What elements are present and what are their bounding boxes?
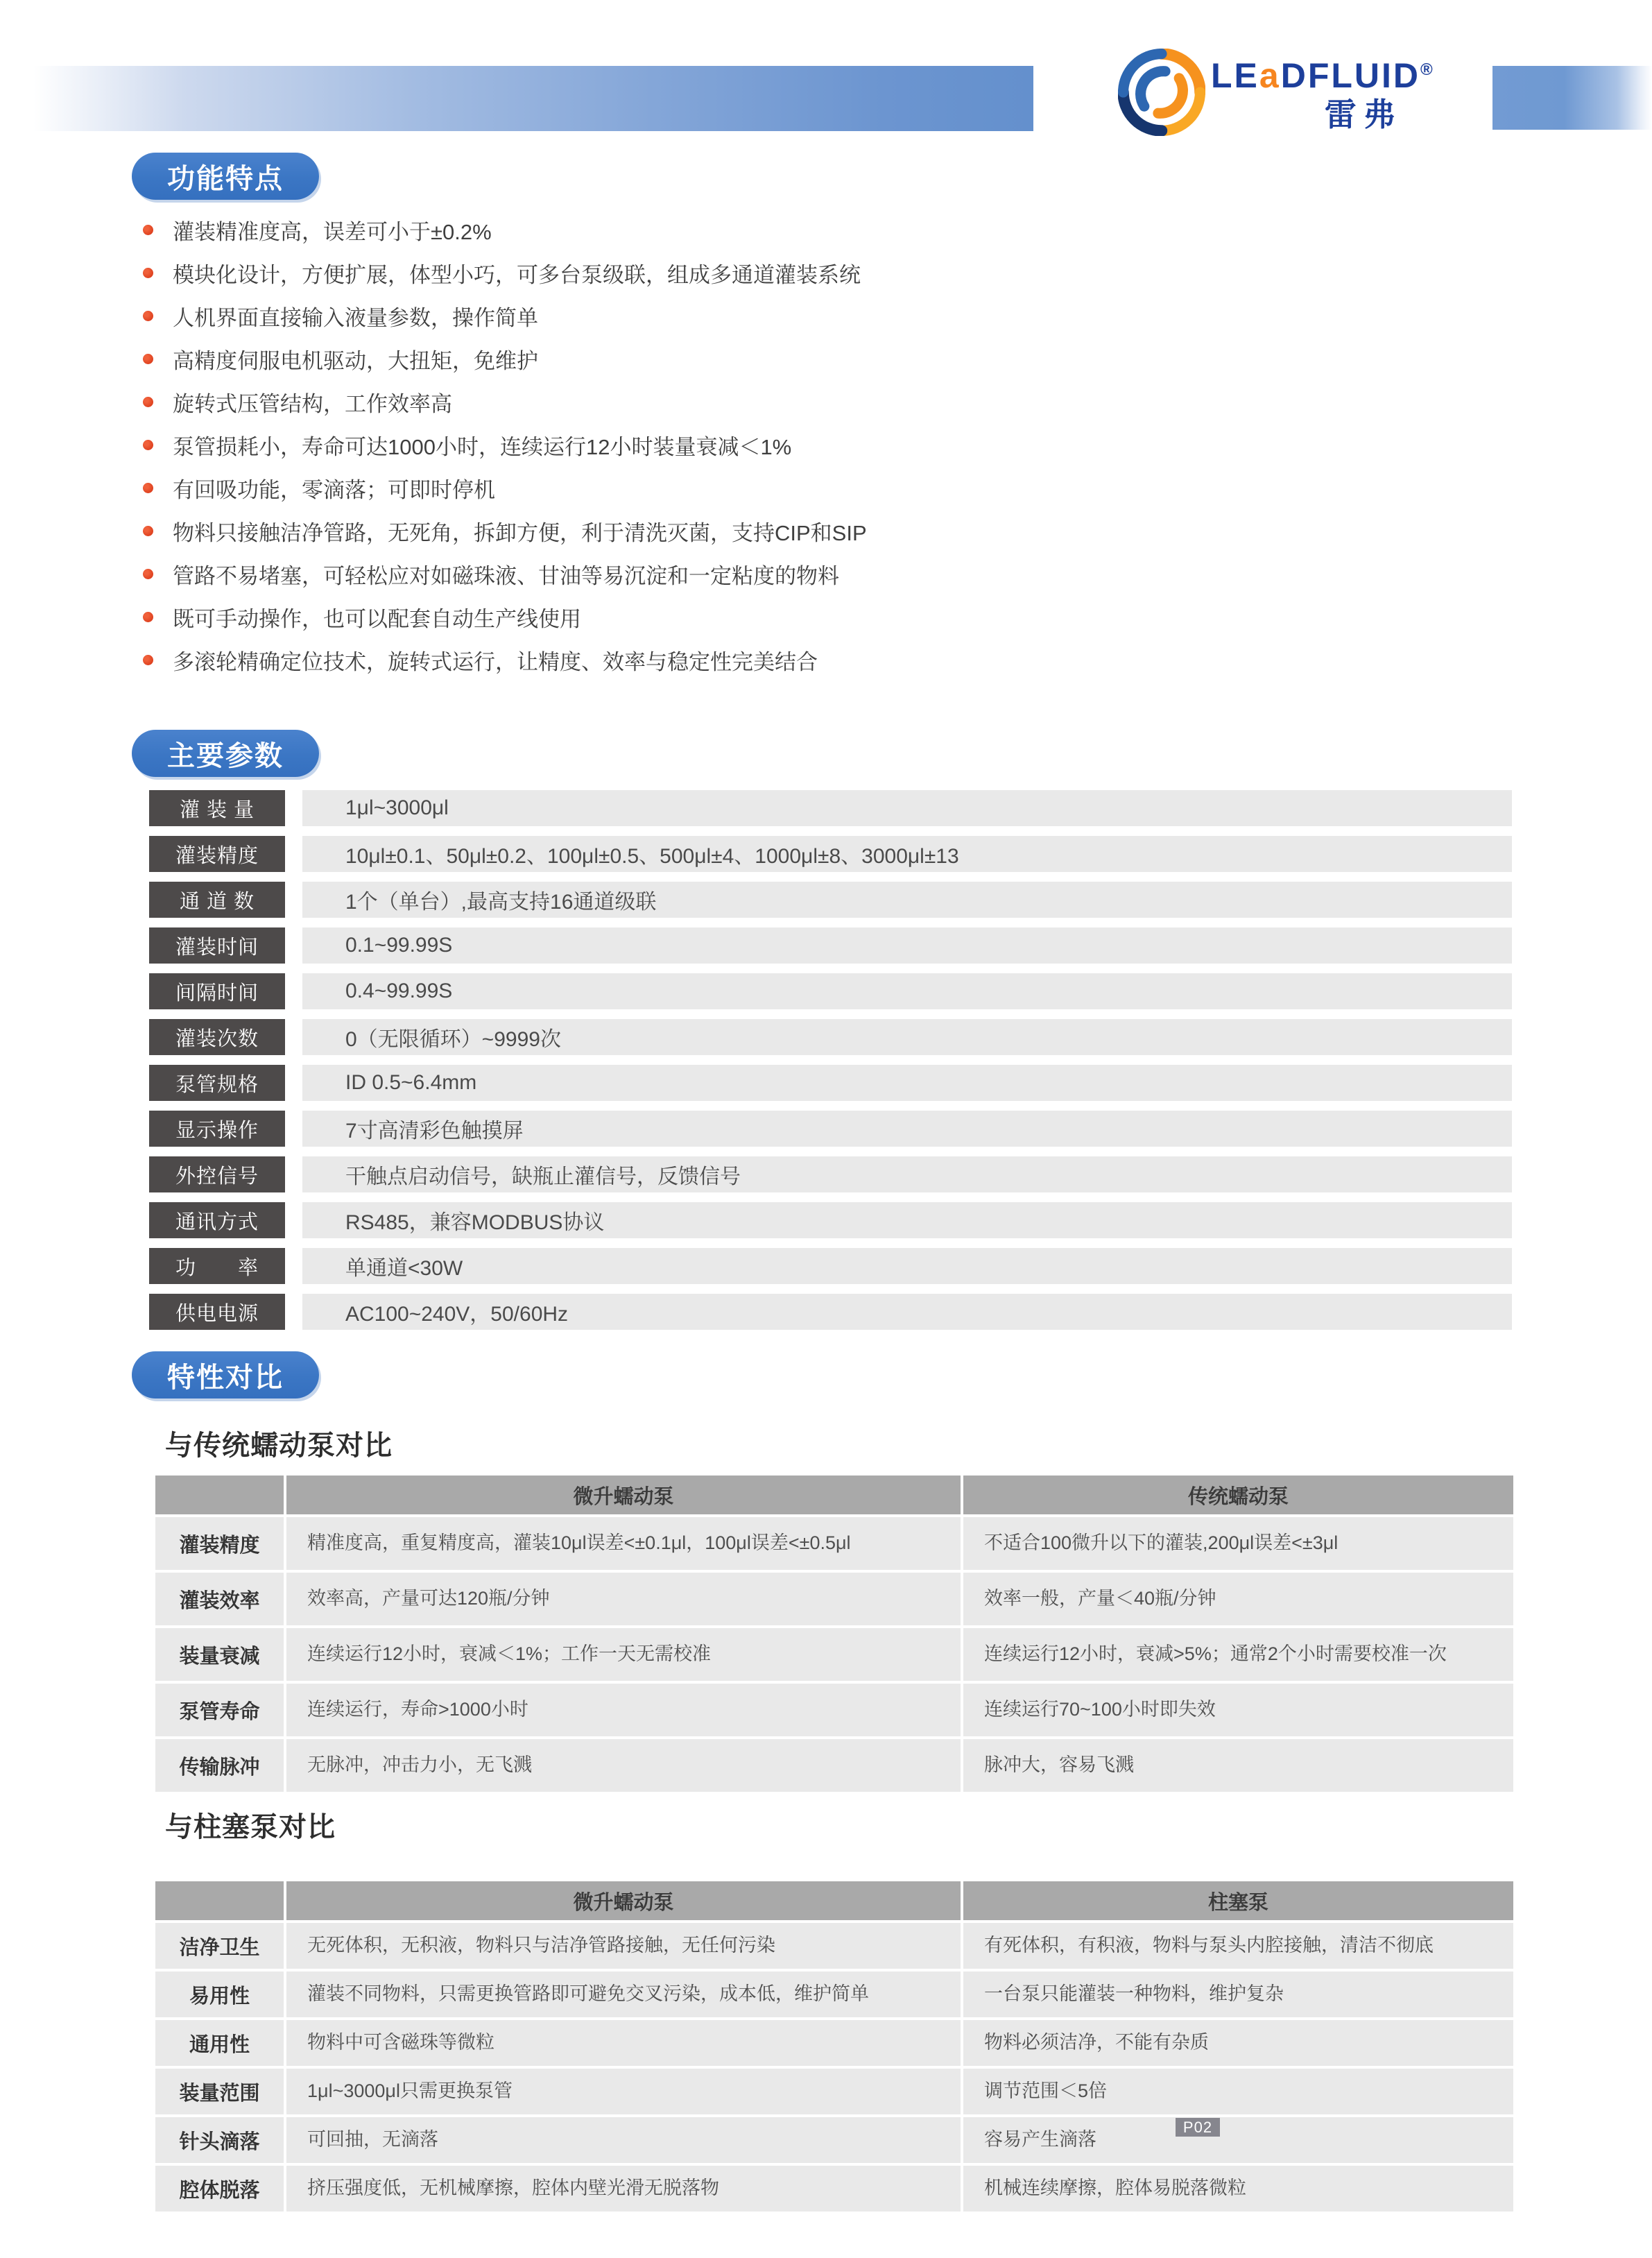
feature-item: 物料只接触洁净管路，无死角，拆卸方便，利于清洗灭菌，支持CIP和SIP: [143, 509, 1322, 552]
parameter-label: 显示操作: [149, 1111, 285, 1147]
table-header-row: 微升蠕动泵 柱塞泵: [155, 1881, 1513, 1920]
comparison-subtitle-piston: 与柱塞泵对比: [165, 1805, 336, 1845]
brand-swirl-icon: [1118, 49, 1205, 136]
parameter-value: AC100~240V，50/60Hz: [302, 1294, 1512, 1330]
parameter-value: ID 0.5~6.4mm: [302, 1065, 1512, 1101]
table-header-right: 传统蠕动泵: [963, 1476, 1513, 1514]
table-row: 针头滴落可回抽，无滴落容易产生滴落: [155, 2117, 1513, 2163]
parameter-label: 供电电源: [149, 1294, 285, 1330]
parameter-value: 1μl~3000μl: [302, 790, 1512, 826]
table-header-left: 微升蠕动泵: [286, 1881, 961, 1920]
parameter-row: 灌装精度10μl±0.1、50μl±0.2、100μl±0.5、500μl±4、…: [149, 836, 1512, 872]
parameter-label: 灌装时间: [149, 927, 285, 964]
section-title-comparison: 特性对比: [167, 1355, 284, 1395]
section-badge-features: 功能特点: [132, 153, 319, 200]
section-title-features: 功能特点: [167, 157, 284, 196]
brand-logo: LEaDFLUID® 雷弗: [1118, 49, 1433, 136]
feature-item: 旋转式压管结构，工作效率高: [143, 380, 1322, 423]
parameter-label: 间隔时间: [149, 973, 285, 1009]
feature-item: 灌装精准度高，误差可小于±0.2%: [143, 208, 1322, 251]
bullet-icon: [143, 268, 153, 278]
brand-name-cn: 雷弗: [1325, 97, 1433, 132]
top-gradient-bar-left: [33, 66, 1033, 131]
page-number-badge: P02: [1176, 2118, 1220, 2137]
feature-item: 泵管损耗小，寿命可达1000小时，连续运行12小时装量衰减＜1%: [143, 423, 1322, 466]
bullet-icon: [143, 612, 153, 622]
parameter-label: 功 率: [149, 1248, 285, 1284]
parameter-label: 灌 装 量: [149, 790, 285, 826]
parameter-label: 灌装次数: [149, 1019, 285, 1055]
comparison-table-peristaltic: 微升蠕动泵 传统蠕动泵 灌装精度精准度高，重复精度高，灌装10μl误差<±0.1…: [155, 1476, 1513, 1792]
bullet-icon: [143, 397, 153, 407]
feature-item: 模块化设计，方便扩展，体型小巧，可多台泵级联，组成多通道灌装系统: [143, 251, 1322, 294]
brand-name-en: LEaDFLUID®: [1211, 58, 1433, 93]
bullet-icon: [143, 483, 153, 493]
table-row: 装量衰减连续运行12小时，衰减＜1%；工作一天无需校准连续运行12小时，衰减>5…: [155, 1628, 1513, 1681]
table-header-empty: [155, 1881, 284, 1920]
parameter-value: 0.4~99.99S: [302, 973, 1512, 1009]
parameter-row: 外控信号干触点启动信号，缺瓶止灌信号，反馈信号: [149, 1156, 1512, 1192]
brand-logo-text: LEaDFLUID® 雷弗: [1211, 49, 1433, 132]
comparison-subtitle-peristaltic: 与传统蠕动泵对比: [165, 1423, 393, 1463]
bullet-icon: [143, 655, 153, 665]
parameter-value: 10μl±0.1、50μl±0.2、100μl±0.5、500μl±4、1000…: [302, 836, 1512, 872]
table-row: 腔体脱落挤压强度低，无机械摩擦，腔体内壁光滑无脱落物机械连续摩擦，腔体易脱落微粒: [155, 2166, 1513, 2212]
parameter-label: 通讯方式: [149, 1202, 285, 1238]
parameter-label: 泵管规格: [149, 1065, 285, 1101]
feature-item: 管路不易堵塞，可轻松应对如磁珠液、甘油等易沉淀和一定粘度的物料: [143, 552, 1322, 595]
parameter-row: 通讯方式RS485，兼容MODBUS协议: [149, 1202, 1512, 1238]
parameter-row: 泵管规格ID 0.5~6.4mm: [149, 1065, 1512, 1101]
parameter-label: 外控信号: [149, 1156, 285, 1192]
parameter-row: 供电电源AC100~240V，50/60Hz: [149, 1294, 1512, 1330]
parameter-value: 0.1~99.99S: [302, 927, 1512, 964]
parameter-row: 间隔时间0.4~99.99S: [149, 973, 1512, 1009]
table-row: 传输脉冲无脉冲，冲击力小，无飞溅脉冲大，容易飞溅: [155, 1739, 1513, 1792]
parameter-row: 灌 装 量1μl~3000μl: [149, 790, 1512, 826]
section-badge-parameters: 主要参数: [132, 730, 319, 777]
parameter-row: 通 道 数1个（单台）,最高支持16通道级联: [149, 882, 1512, 918]
bullet-icon: [143, 569, 153, 579]
table-row: 易用性灌装不同物料，只需更换管路即可避免交叉污染，成本低，维护简单一台泵只能灌装…: [155, 1972, 1513, 2017]
feature-item: 人机界面直接输入液量参数，操作简单: [143, 294, 1322, 337]
bullet-icon: [143, 311, 153, 321]
table-row: 装量范围1μl~3000μl只需更换泵管调节范围＜5倍: [155, 2069, 1513, 2114]
parameter-row: 显示操作7寸高清彩色触摸屏: [149, 1111, 1512, 1147]
bullet-icon: [143, 526, 153, 536]
parameter-label: 灌装精度: [149, 836, 285, 872]
table-header-empty: [155, 1476, 284, 1514]
section-badge-comparison: 特性对比: [132, 1351, 319, 1399]
parameter-row: 灌装时间0.1~99.99S: [149, 927, 1512, 964]
datasheet-page: LEaDFLUID® 雷弗 功能特点 灌装精准度高，误差可小于±0.2% 模块化…: [0, 0, 1652, 2258]
top-gradient-bar-right: [1492, 66, 1652, 130]
bullet-icon: [143, 440, 153, 450]
table-row: 灌装精度精准度高，重复精度高，灌装10μl误差<±0.1μl，100μl误差<±…: [155, 1517, 1513, 1570]
table-row: 通用性物料中可含磁珠等微粒物料必须洁净，不能有杂质: [155, 2020, 1513, 2066]
table-header-left: 微升蠕动泵: [286, 1476, 961, 1514]
comparison-table-piston: 微升蠕动泵 柱塞泵 洁净卫生无死体积，无积液，物料只与洁净管路接触，无任何污染有…: [155, 1881, 1513, 2212]
bullet-icon: [143, 225, 153, 235]
bullet-icon: [143, 354, 153, 364]
registered-mark: ®: [1420, 60, 1433, 79]
features-list: 灌装精准度高，误差可小于±0.2% 模块化设计，方便扩展，体型小巧，可多台泵级联…: [143, 208, 1322, 681]
feature-item: 有回吸功能，零滴落；可即时停机: [143, 466, 1322, 509]
table-row: 泵管寿命连续运行，寿命>1000小时连续运行70~100小时即失效: [155, 1684, 1513, 1736]
table-header-right: 柱塞泵: [963, 1881, 1513, 1920]
table-row: 灌装效率效率高，产量可达120瓶/分钟效率一般，产量＜40瓶/分钟: [155, 1573, 1513, 1625]
parameter-value: 1个（单台）,最高支持16通道级联: [302, 882, 1512, 918]
parameters-table: 灌 装 量1μl~3000μl 灌装精度10μl±0.1、50μl±0.2、10…: [149, 790, 1512, 1330]
parameter-value: 0（无限循环）~9999次: [302, 1019, 1512, 1055]
parameter-value: 7寸高清彩色触摸屏: [302, 1111, 1512, 1147]
feature-item: 高精度伺服电机驱动，大扭矩，免维护: [143, 337, 1322, 380]
feature-item: 既可手动操作，也可以配套自动生产线使用: [143, 595, 1322, 638]
brand-accent-letter: a: [1259, 56, 1281, 95]
table-row: 洁净卫生无死体积，无积液，物料只与洁净管路接触，无任何污染有死体积，有积液，物料…: [155, 1923, 1513, 1969]
parameter-value: 单通道<30W: [302, 1248, 1512, 1284]
parameter-row: 功 率单通道<30W: [149, 1248, 1512, 1284]
parameter-value: RS485，兼容MODBUS协议: [302, 1202, 1512, 1238]
section-title-parameters: 主要参数: [167, 734, 284, 773]
table-header-row: 微升蠕动泵 传统蠕动泵: [155, 1476, 1513, 1514]
feature-item: 多滚轮精确定位技术，旋转式运行，让精度、效率与稳定性完美结合: [143, 638, 1322, 681]
parameter-value: 干触点启动信号，缺瓶止灌信号，反馈信号: [302, 1156, 1512, 1192]
parameter-label: 通 道 数: [149, 882, 285, 918]
parameter-row: 灌装次数0（无限循环）~9999次: [149, 1019, 1512, 1055]
